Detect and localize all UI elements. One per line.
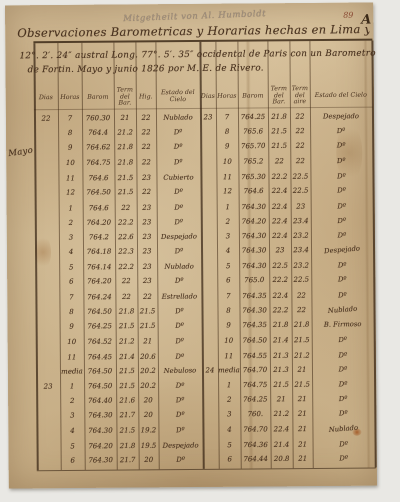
barometer-cell: 764.30 bbox=[239, 306, 269, 314]
sky-state-cell: Dº bbox=[311, 202, 373, 210]
term-bar-cell: 21.8 bbox=[114, 143, 136, 151]
hour-cell: 11 bbox=[60, 353, 84, 361]
hour-cell: 12 bbox=[217, 187, 239, 195]
sky-state-cell: Dº bbox=[157, 216, 201, 227]
barometer-cell: 764.50 bbox=[240, 336, 270, 344]
sky-state-cell: Dº bbox=[311, 261, 373, 269]
term-air-cell: 20.2 bbox=[138, 382, 158, 390]
barometer-cell: 764.50 bbox=[84, 383, 116, 391]
barometer-cell: 765.6 bbox=[238, 128, 268, 136]
term-air-cell: 22 bbox=[290, 157, 310, 165]
barometer-cell: 764.30 bbox=[239, 262, 269, 270]
term-air-cell: 23 bbox=[137, 263, 157, 271]
barometer-cell: 764.30 bbox=[84, 427, 116, 435]
term-air-cell: 23.2 bbox=[291, 262, 311, 270]
barometer-cell: 764.44 bbox=[241, 455, 271, 463]
term-air-cell: 22 bbox=[136, 129, 156, 137]
barometer-cell: 764.20 bbox=[239, 217, 269, 225]
hour-cell: 7 bbox=[59, 293, 83, 301]
term-air-cell: 21 bbox=[292, 365, 312, 373]
barometer-cell: 764.20 bbox=[83, 218, 115, 226]
term-air-cell: 22 bbox=[136, 158, 156, 166]
barometer-cell: 764.36 bbox=[241, 441, 271, 449]
hour-cell: 6 bbox=[61, 456, 85, 464]
sky-state-cell: Dº bbox=[157, 305, 201, 316]
barometer-cell: 764.50 bbox=[83, 308, 115, 316]
pencil-annotation: Mitgetheilt von Al. Humboldt bbox=[123, 7, 313, 24]
barometer-cell: 764.25 bbox=[84, 322, 116, 331]
sky-state-cell: Dº bbox=[158, 395, 202, 406]
column-header-day-cell: Dias bbox=[200, 86, 216, 108]
sky-state-cell: Estrellado bbox=[157, 293, 201, 301]
column-header-term-air-cell: Hig. bbox=[136, 86, 156, 108]
barometer-cell: 764.20 bbox=[83, 277, 115, 286]
observations-table: DiasHorasBaromTerm del Bar.Hig.Estado de… bbox=[33, 39, 375, 472]
manuscript-paper: Mitgetheilt von Al. Humboldt 89 A Observ… bbox=[5, 3, 377, 489]
hour-cell: 10 bbox=[216, 158, 238, 166]
barometer-cell: 764.40 bbox=[84, 397, 116, 405]
table-body: 227760.302122Nublado237764.2521.822Despe… bbox=[34, 109, 376, 469]
term-bar-cell: 22.4 bbox=[269, 202, 291, 210]
term-bar-cell: 22.4 bbox=[269, 292, 291, 300]
hour-cell: 9 bbox=[60, 322, 84, 330]
barometer-cell: 764.30 bbox=[239, 203, 269, 211]
term-bar-cell: 21 bbox=[270, 396, 292, 404]
hour-cell: 4 bbox=[59, 248, 83, 256]
term-air-cell: 20 bbox=[139, 456, 159, 464]
term-air-cell: 23.4 bbox=[291, 247, 311, 255]
sky-state-cell: Dº bbox=[158, 335, 202, 346]
hour-cell: 4 bbox=[60, 427, 84, 435]
term-air-cell: 21 bbox=[293, 441, 313, 449]
hour-cell: media bbox=[60, 367, 84, 375]
sky-state-cell: B. Firmoso bbox=[312, 320, 374, 329]
hour-cell: 11 bbox=[58, 174, 82, 182]
sky-state-cell: Dº bbox=[156, 127, 200, 138]
sky-state-cell: Nublado bbox=[157, 263, 201, 271]
sky-state-cell: Despejado bbox=[310, 113, 372, 121]
barometer-cell: 764.14 bbox=[83, 263, 115, 271]
hour-cell: 9 bbox=[218, 321, 240, 329]
sky-state-cell: Nublado bbox=[311, 303, 373, 316]
sky-state-cell: Dº bbox=[157, 187, 201, 196]
term-air-cell: 20.6 bbox=[138, 352, 158, 360]
term-air-cell: 21.2 bbox=[292, 351, 312, 359]
term-bar-cell: 21.2 bbox=[116, 337, 138, 345]
term-bar-cell: 20.8 bbox=[271, 455, 293, 463]
sky-state-cell: Nublado bbox=[156, 114, 200, 122]
term-bar-cell: 22.5 bbox=[269, 262, 291, 270]
term-air-cell: 20 bbox=[138, 411, 158, 419]
barometer-cell: 760. bbox=[240, 410, 270, 418]
hour-cell: 9 bbox=[58, 144, 82, 152]
term-air-cell: 19.2 bbox=[138, 426, 158, 434]
term-bar-cell: 21.5 bbox=[116, 322, 138, 330]
hour-cell: 6 bbox=[217, 276, 239, 284]
term-air-cell: 21.8 bbox=[292, 320, 312, 328]
sky-state-cell: Dº bbox=[311, 230, 373, 239]
barometer-cell: 764.30 bbox=[239, 247, 269, 255]
term-air-cell: 22.5 bbox=[291, 276, 311, 284]
hour-cell: 7 bbox=[217, 292, 239, 300]
sky-state-cell: Dº bbox=[310, 125, 372, 138]
sky-state-cell: Dº bbox=[311, 275, 373, 284]
term-bar-cell: 21.8 bbox=[114, 159, 136, 167]
barometer-cell: 764.20 bbox=[85, 442, 117, 450]
column-header-term-bar-cell: Term del Bar. bbox=[268, 85, 290, 107]
term-bar-cell: 22.2 bbox=[269, 306, 291, 314]
sky-state-cell: Dº bbox=[159, 455, 203, 464]
column-header-term-bar-cell: Term del Bar. bbox=[114, 86, 136, 108]
barometer-cell: 764.70 bbox=[240, 426, 270, 434]
sky-state-cell: Dº bbox=[312, 409, 374, 418]
term-bar-cell: 21.2 bbox=[270, 410, 292, 418]
barometer-cell: 764.75 bbox=[240, 381, 270, 389]
hour-cell: 1 bbox=[217, 203, 239, 211]
sky-state-cell: Dº bbox=[158, 352, 202, 360]
term-air-cell: 23 bbox=[137, 218, 157, 226]
term-bar-cell: 22 bbox=[115, 293, 137, 301]
sky-state-cell: Cubierto bbox=[156, 173, 200, 181]
barometer-cell: 764.75 bbox=[82, 159, 114, 167]
table-header-row: DiasHorasBaromTerm del Bar.Hig.Estado de… bbox=[34, 85, 372, 110]
term-air-cell: 21 bbox=[292, 410, 312, 418]
term-bar-cell: 21.5 bbox=[114, 174, 136, 182]
hour-cell: 11 bbox=[218, 352, 240, 360]
hour-cell: 8 bbox=[217, 307, 239, 315]
term-bar-cell: 22.3 bbox=[115, 248, 137, 256]
term-bar-cell: 21.5 bbox=[270, 381, 292, 389]
term-bar-cell: 22.6 bbox=[115, 232, 137, 240]
term-air-cell: 22 bbox=[136, 114, 156, 122]
column-header-hour-cell: Horas bbox=[58, 87, 82, 109]
term-bar-cell: 21 bbox=[114, 114, 136, 122]
term-air-cell: 21.5 bbox=[137, 307, 157, 315]
column-header-sky-state-cell: Estado del Cielo bbox=[310, 85, 372, 107]
barometer-cell: 764.2 bbox=[83, 233, 115, 242]
term-bar-cell: 21.8 bbox=[268, 113, 290, 121]
barometer-cell: 764.50 bbox=[83, 188, 115, 197]
sky-state-cell: Nebuloso bbox=[158, 366, 202, 375]
barometer-cell: 760.30 bbox=[82, 115, 114, 123]
term-air-cell: 21 bbox=[293, 454, 313, 462]
term-air-cell: 22.5 bbox=[291, 186, 311, 194]
term-air-cell: 21.5 bbox=[138, 322, 158, 330]
hour-cell: 2 bbox=[217, 217, 239, 225]
hour-cell: 2 bbox=[218, 396, 240, 404]
hour-cell: 1 bbox=[59, 204, 83, 212]
term-bar-cell: 21.4 bbox=[270, 336, 292, 344]
term-air-cell: 19.5 bbox=[139, 442, 159, 450]
barometer-cell: 764.55 bbox=[240, 352, 270, 360]
hour-cell: 10 bbox=[218, 336, 240, 344]
hour-cell: 1 bbox=[60, 383, 84, 391]
sky-state-cell: Dº bbox=[310, 155, 372, 168]
term-bar-cell: 21.6 bbox=[116, 397, 138, 405]
term-bar-cell: 21.5 bbox=[116, 367, 138, 375]
sky-state-cell: Dº bbox=[312, 351, 374, 359]
barometer-cell: 764.30 bbox=[84, 411, 116, 420]
sky-state-cell: Dº bbox=[157, 246, 201, 257]
hour-cell: 7 bbox=[58, 115, 82, 123]
term-bar-cell: 21.3 bbox=[270, 365, 292, 373]
barometer-cell: 764.35 bbox=[240, 321, 270, 329]
term-air-cell: 23 bbox=[137, 232, 157, 240]
term-air-cell: 23 bbox=[137, 248, 157, 256]
sky-state-cell: Dº bbox=[158, 382, 202, 390]
barometer-cell: 765.0 bbox=[239, 276, 269, 284]
barometer-cell: 764.52 bbox=[84, 337, 116, 345]
term-air-cell: 21.5 bbox=[292, 336, 312, 344]
column-header-barometer-cell: Barom bbox=[238, 85, 268, 107]
column-header-hour-cell: Horas bbox=[216, 86, 238, 108]
hour-cell: 5 bbox=[61, 442, 85, 450]
term-air-cell: 23 bbox=[137, 277, 157, 285]
term-bar-cell: 21.5 bbox=[116, 427, 138, 435]
column-header-day-cell: Dias bbox=[34, 87, 58, 109]
hour-cell: 5 bbox=[219, 441, 241, 449]
term-air-cell: 22 bbox=[290, 113, 310, 121]
hour-cell: 6 bbox=[219, 455, 241, 463]
term-air-cell: 21 bbox=[138, 337, 158, 345]
term-bar-cell: 22.2 bbox=[115, 263, 137, 271]
term-bar-cell: 23 bbox=[269, 247, 291, 255]
barometer-cell: 764.18 bbox=[83, 248, 115, 256]
term-bar-cell: 21.7 bbox=[116, 411, 138, 419]
sky-state-cell: Dº bbox=[157, 277, 201, 286]
hour-cell: 7 bbox=[216, 114, 238, 122]
term-air-cell: 21.5 bbox=[292, 381, 312, 389]
term-bar-cell: 22.4 bbox=[269, 231, 291, 239]
term-bar-cell: 21.4 bbox=[271, 441, 293, 449]
hour-cell: 3 bbox=[217, 232, 239, 240]
hour-cell: 6 bbox=[59, 278, 83, 286]
term-air-cell: 22 bbox=[290, 142, 310, 150]
term-air-cell: 23 bbox=[136, 174, 156, 182]
term-air-cell: 23.4 bbox=[291, 217, 311, 225]
document-title: Observaciones Barometricas y Horarias he… bbox=[17, 22, 369, 40]
sky-state-cell: Dº bbox=[313, 454, 375, 463]
sky-state-cell: Dº bbox=[156, 157, 200, 168]
barometer-cell: 765.70 bbox=[238, 142, 268, 150]
hour-cell: 8 bbox=[58, 129, 82, 137]
term-bar-cell: 21.5 bbox=[116, 382, 138, 390]
hour-cell: 4 bbox=[217, 247, 239, 255]
term-air-cell: 22 bbox=[291, 306, 311, 314]
barometer-cell: 764.35 bbox=[239, 292, 269, 300]
scanned-page: Mitgetheilt von Al. Humboldt 89 A Observ… bbox=[0, 0, 400, 502]
margin-note-month: Mayo bbox=[8, 146, 34, 160]
barometer-cell: 764.30 bbox=[85, 456, 117, 465]
column-header-sky-state-cell: Estado del Cielo bbox=[156, 86, 200, 108]
column-header-barometer-cell: Barom bbox=[82, 87, 114, 109]
term-bar-cell: 22 bbox=[115, 204, 137, 212]
term-air-cell: 21 bbox=[292, 425, 312, 433]
barometer-cell: 764.62 bbox=[82, 143, 114, 152]
day-cell: 23 bbox=[200, 114, 216, 122]
term-bar-cell: 21.2 bbox=[114, 129, 136, 137]
term-air-cell: 22 bbox=[291, 292, 311, 300]
sky-state-cell: Dº bbox=[312, 393, 374, 406]
barometer-cell: 764.25 bbox=[238, 113, 268, 121]
sky-state-cell: Dº bbox=[312, 364, 374, 373]
table-row: 6764.3021.720Dº6764.4420.821Dº bbox=[37, 451, 376, 469]
term-air-cell: 22 bbox=[137, 293, 157, 301]
barometer-cell: 764.6 bbox=[239, 187, 269, 195]
hour-cell: 3 bbox=[218, 410, 240, 418]
term-bar-cell: 22.4 bbox=[269, 217, 291, 225]
term-air-cell: 20 bbox=[138, 397, 158, 405]
hour-cell: 8 bbox=[216, 128, 238, 136]
term-air-cell: 23 bbox=[291, 202, 311, 210]
hour-cell: 9 bbox=[216, 142, 238, 150]
term-air-cell: 22 bbox=[136, 143, 156, 151]
term-air-cell: 22 bbox=[290, 127, 310, 135]
barometer-cell: 764.4 bbox=[82, 129, 114, 137]
term-air-cell: 21 bbox=[292, 395, 312, 403]
column-header-term-air-cell: Term del aire bbox=[290, 85, 310, 107]
term-bar-cell: 22 bbox=[268, 157, 290, 165]
term-bar-cell: 21.4 bbox=[116, 353, 138, 361]
hour-cell: 11 bbox=[216, 173, 238, 181]
term-bar-cell: 21.8 bbox=[115, 307, 137, 315]
sky-state-cell: Despejado bbox=[311, 244, 373, 257]
term-bar-cell: 21.5 bbox=[268, 128, 290, 136]
hour-cell: 2 bbox=[60, 397, 84, 405]
hour-cell: 3 bbox=[60, 412, 84, 420]
sky-state-cell: Despejado bbox=[159, 441, 203, 449]
day-cell: 23 bbox=[36, 383, 60, 391]
term-bar-cell: 21.5 bbox=[268, 142, 290, 150]
term-bar-cell: 21.8 bbox=[270, 321, 292, 329]
hour-cell: 2 bbox=[59, 219, 83, 227]
term-air-cell: 23.2 bbox=[291, 231, 311, 239]
hour-cell: 10 bbox=[60, 338, 84, 346]
term-air-cell: 20.2 bbox=[138, 366, 158, 374]
sky-state-cell: Dº bbox=[313, 440, 375, 448]
sky-state-cell: Dº bbox=[156, 143, 200, 152]
hour-cell: 12 bbox=[59, 188, 83, 196]
sky-state-cell: Dº bbox=[312, 333, 374, 346]
sky-state-cell: Despejado bbox=[157, 232, 201, 241]
sky-state-cell: Dº bbox=[158, 321, 202, 330]
term-bar-cell: 21.8 bbox=[117, 442, 139, 450]
barometer-cell: 764.6 bbox=[82, 174, 114, 182]
sky-state-cell: Dº bbox=[158, 411, 202, 420]
day-cell: 24 bbox=[202, 366, 218, 374]
hour-cell: 3 bbox=[59, 233, 83, 241]
term-bar-cell: 22 bbox=[115, 277, 137, 285]
sky-state-cell: Dº bbox=[310, 172, 372, 180]
sky-state-cell: Dº bbox=[311, 291, 373, 299]
hour-cell: 8 bbox=[59, 308, 83, 316]
barometer-cell: 764.30 bbox=[239, 231, 269, 239]
hour-cell: 1 bbox=[218, 382, 240, 390]
sky-state-cell: Dº bbox=[158, 425, 202, 436]
term-bar-cell: 21.7 bbox=[117, 456, 139, 464]
term-air-cell: 23 bbox=[137, 204, 157, 212]
folio-number: 89 bbox=[343, 11, 353, 20]
term-bar-cell: 21.5 bbox=[115, 188, 137, 196]
term-bar-cell: 22.2 bbox=[268, 173, 290, 181]
barometer-cell: 764.24 bbox=[83, 293, 115, 301]
term-bar-cell: 22.4 bbox=[269, 187, 291, 195]
day-cell: 22 bbox=[34, 115, 58, 123]
term-bar-cell: 21.3 bbox=[270, 351, 292, 359]
sky-state-cell: Dº bbox=[312, 381, 374, 389]
barometer-cell: 764.45 bbox=[84, 353, 116, 361]
barometer-cell: 764.50 bbox=[84, 367, 116, 376]
sky-state-cell: Dº bbox=[311, 214, 373, 227]
hour-cell: 10 bbox=[58, 159, 82, 167]
sky-state-cell: Nublado bbox=[312, 423, 374, 436]
term-bar-cell: 22.2 bbox=[269, 276, 291, 284]
hour-cell: 4 bbox=[218, 426, 240, 434]
barometer-cell: 764.25 bbox=[240, 396, 270, 404]
barometer-cell: 765.30 bbox=[238, 173, 268, 181]
sky-state-cell: Dº bbox=[157, 203, 201, 211]
hour-cell: media bbox=[218, 366, 240, 374]
sky-state-cell: Dº bbox=[311, 186, 373, 195]
term-air-cell: 22 bbox=[137, 188, 157, 196]
barometer-cell: 764.6 bbox=[83, 204, 115, 212]
hour-cell: 5 bbox=[217, 262, 239, 270]
hour-cell: 5 bbox=[59, 264, 83, 272]
term-air-cell: 22.5 bbox=[290, 173, 310, 181]
term-bar-cell: 22.2 bbox=[115, 218, 137, 226]
barometer-cell: 765.2 bbox=[238, 157, 268, 165]
term-bar-cell: 22.4 bbox=[270, 425, 292, 433]
sky-state-cell: Dº bbox=[310, 141, 372, 150]
barometer-cell: 764.70 bbox=[240, 365, 270, 373]
